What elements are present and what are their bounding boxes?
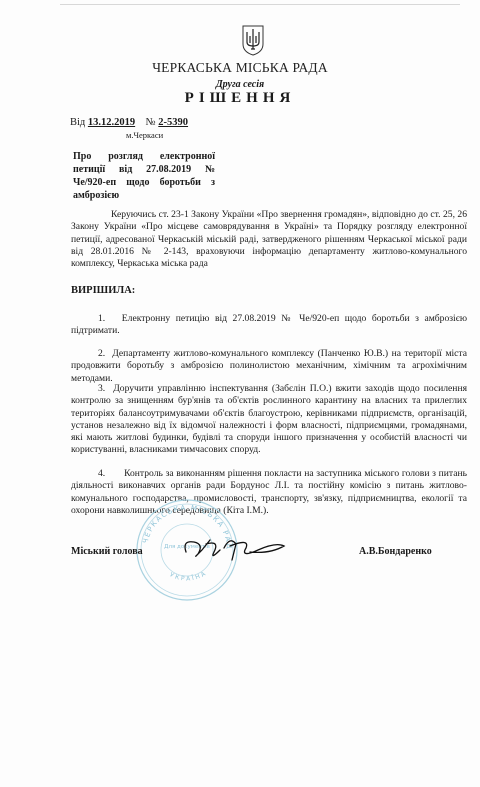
session-label: Друга сесія: [0, 79, 480, 90]
intro-paragraph: Керуючись ст. 23-1 Закону України «Про з…: [71, 209, 467, 270]
signatory-name: А.В.Бондаренко: [359, 546, 432, 557]
trident-coat-of-arms-icon: [241, 24, 265, 56]
item-text: Контроль за виконанням рішення покласти …: [71, 468, 467, 516]
resolution-item-3: 3. Доручити управлінню інспектування (За…: [71, 383, 467, 457]
decision-subject: Про розгляд електронної петиції від 27.0…: [73, 150, 215, 202]
resolution-item-1: 1. Електронну петицію від 27.08.2019 № Ч…: [71, 313, 467, 338]
date-number-line: Від 13.12.2019 № 2-5390: [70, 117, 188, 128]
item-number: 1.: [98, 313, 105, 324]
handwritten-signature-icon: [180, 530, 290, 570]
number-label: №: [146, 117, 156, 128]
item-number: 4.: [98, 468, 105, 479]
document-page: ЧЕРКАСЬКА МІСЬКА РАДА Друга сесія РІШЕНН…: [0, 0, 480, 787]
decision-date: 13.12.2019: [88, 117, 135, 128]
decision-number: 2-5390: [158, 117, 188, 128]
document-type-title: РІШЕННЯ: [0, 90, 480, 107]
signatory-position: Міський голова: [71, 546, 143, 557]
item-number: 2.: [98, 348, 105, 359]
item-text: Електронну петицію від 27.08.2019 № Че/9…: [71, 313, 467, 336]
item-text: Доручити управлінню інспектування (Забєл…: [71, 383, 467, 455]
from-label: Від: [70, 117, 85, 128]
resolution-item-2: 2. Департаменту житлово-комунального ком…: [71, 348, 467, 385]
city-label: м.Черкаси: [126, 130, 163, 140]
item-text: Департаменту житлово-комунального компле…: [71, 348, 467, 384]
resolution-item-4: 4. Контроль за виконанням рішення поклас…: [71, 468, 467, 517]
council-name: ЧЕРКАСЬКА МІСЬКА РАДА: [0, 60, 480, 76]
scan-edge-line: [60, 4, 460, 5]
resolved-heading: ВИРІШИЛА:: [71, 285, 135, 296]
svg-text:УКРАЇНА: УКРАЇНА: [169, 570, 209, 583]
item-number: 3.: [98, 383, 105, 394]
